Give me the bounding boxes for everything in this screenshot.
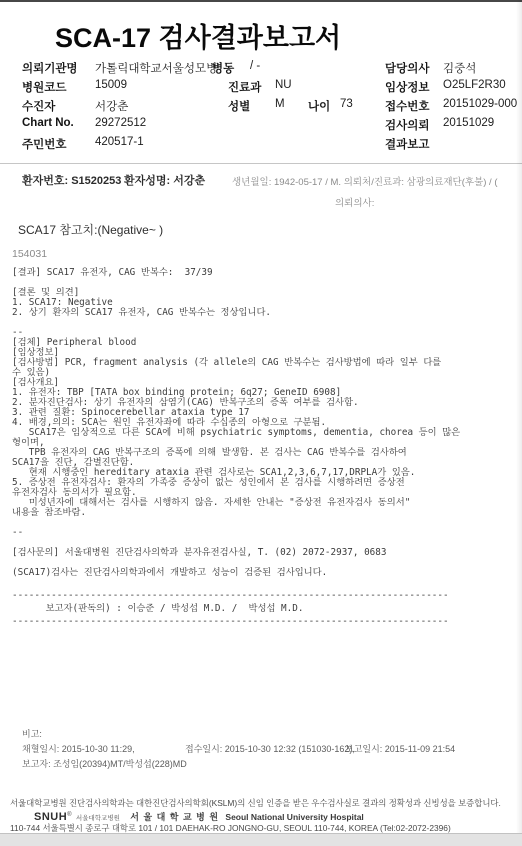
patient-bar: 환자번호: S1520253 환자성명: 서강춘 생년월일: 1942-05-1… (0, 169, 522, 209)
hospital-name-english: Seoul National University Hospital (225, 812, 363, 822)
test-request-date-value: 20151029 (443, 117, 494, 129)
sex-label: 성별 (228, 98, 250, 114)
remark-section: 비고: 채혈일시: 2015-10-30 11:29, 접수일시: 2015-1… (22, 727, 516, 772)
reporter-signature-block: ----------------------------------------… (12, 589, 512, 628)
patient-number: 환자번호: S1520253 (22, 172, 121, 188)
patient-meta: 생년월일: 1942-05-17 / M. 의뢰처/진료과: 삼광의료재단(후불… (232, 174, 498, 188)
age-value: 73 (340, 98, 353, 110)
remark-label-row: 비고: (22, 727, 516, 742)
remark-label: 비고: (22, 727, 42, 740)
registered-mark-icon: ® (67, 812, 71, 818)
test-request-date-label: 검사의뢰 (385, 117, 429, 133)
hospital-name-korean: 서 울 대 학 교 병 원 (130, 812, 219, 822)
requesting-org-value: 가톨릭대학교서울성모병 (95, 60, 217, 76)
hospital-identity-row: SNUH® 서울대학교병원 서 울 대 학 교 병 원 Seoul Nation… (10, 810, 522, 821)
hospital-code-value: 15009 (95, 79, 127, 91)
header-row-1: 의뢰기관명 가톨릭대학교서울성모병 병동 / - 담당의사 김중석 (0, 58, 522, 77)
top-border-line (0, 0, 522, 2)
collection-datetime: 채혈일시: 2015-10-30 11:29, (22, 742, 135, 755)
reference-range-title: SCA17 참고치:(Negative~ ) (18, 221, 163, 238)
snuh-logo: SNUH (34, 811, 67, 823)
report-datetime: 보고일시: 2015-11-09 21:54 (345, 742, 455, 755)
attending-doctor-value: 김중석 (443, 60, 476, 76)
page-right-edge-shadow (516, 0, 522, 833)
report-body-text: [결과] SCA17 유전자, CAG 반복수: 37/39 [결론 및 의견]… (12, 268, 512, 578)
remark-datetimes-row: 채혈일시: 2015-10-30 11:29, 접수일시: 2015-10-30… (22, 742, 516, 757)
age-label: 나이 (308, 98, 330, 114)
referring-doctor-label: 의뢰의사: (335, 195, 374, 209)
department-label: 진료과 (228, 79, 261, 95)
chart-no-value: 29272512 (95, 117, 146, 129)
header-divider-line (0, 163, 522, 164)
snuh-logo-korean-text: 서울대학교병원 (76, 815, 120, 822)
hospital-code-label: 병원코드 (22, 79, 66, 95)
result-report-label: 결과보고 (385, 136, 429, 152)
report-title: SCA-17 검사결과보고서 (55, 16, 341, 55)
receipt-number-value: 20151029-000 (443, 98, 517, 110)
page-bottom-background (0, 833, 522, 846)
header-row-3: 수진자 서강춘 성별 M 나이 73 접수번호 20151029-000 (0, 96, 522, 115)
header-info-table: 의뢰기관명 가톨릭대학교서울성모병 병동 / - 담당의사 김중석 병원코드 1… (0, 58, 522, 153)
ward-label: 병동 (212, 60, 234, 76)
ward-value: / - (250, 60, 260, 72)
examinee-label: 수진자 (22, 98, 55, 114)
footer: 서울대학교병원 진단검사의학과는 대한진단검사의학회(KSLM)의 신임 인증을… (10, 797, 522, 834)
test-code: 154031 (12, 248, 47, 260)
reporter-names: 보고자: 조성임(20394)MT/박성섭(228)MD (22, 757, 187, 770)
header-row-5: 주민번호 420517-1 결과보고 (0, 134, 522, 153)
remark-reporter-row: 보고자: 조성임(20394)MT/박성섭(228)MD (22, 757, 516, 772)
department-value: NU (275, 79, 292, 91)
header-row-4: Chart No. 29272512 검사의뢰 20151029 (0, 115, 522, 134)
chart-no-label: Chart No. (22, 117, 74, 129)
sex-value: M (275, 98, 285, 110)
receipt-number-label: 접수번호 (385, 98, 429, 114)
resident-no-label: 주민번호 (22, 136, 66, 152)
receipt-datetime: 접수일시: 2015-10-30 12:32 (151030-162), (185, 742, 355, 755)
resident-no-value: 420517-1 (95, 136, 144, 148)
requesting-org-label: 의뢰기관명 (22, 60, 78, 76)
examinee-value: 서강춘 (95, 98, 128, 114)
header-row-2: 병원코드 15009 진료과 NU 임상정보 O25LF2R30 (0, 77, 522, 96)
report-page: SCA-17 검사결과보고서 의뢰기관명 가톨릭대학교서울성모병 병동 / - … (0, 0, 522, 846)
accreditation-statement: 서울대학교병원 진단검사의학과는 대한진단검사의학회(KSLM)의 신임 인증을… (10, 797, 522, 809)
patient-name: 환자성명: 서강춘 (124, 172, 205, 188)
clinical-info-label: 임상정보 (385, 79, 429, 95)
clinical-info-value: O25LF2R30 (443, 79, 506, 91)
attending-doctor-label: 담당의사 (385, 60, 429, 76)
